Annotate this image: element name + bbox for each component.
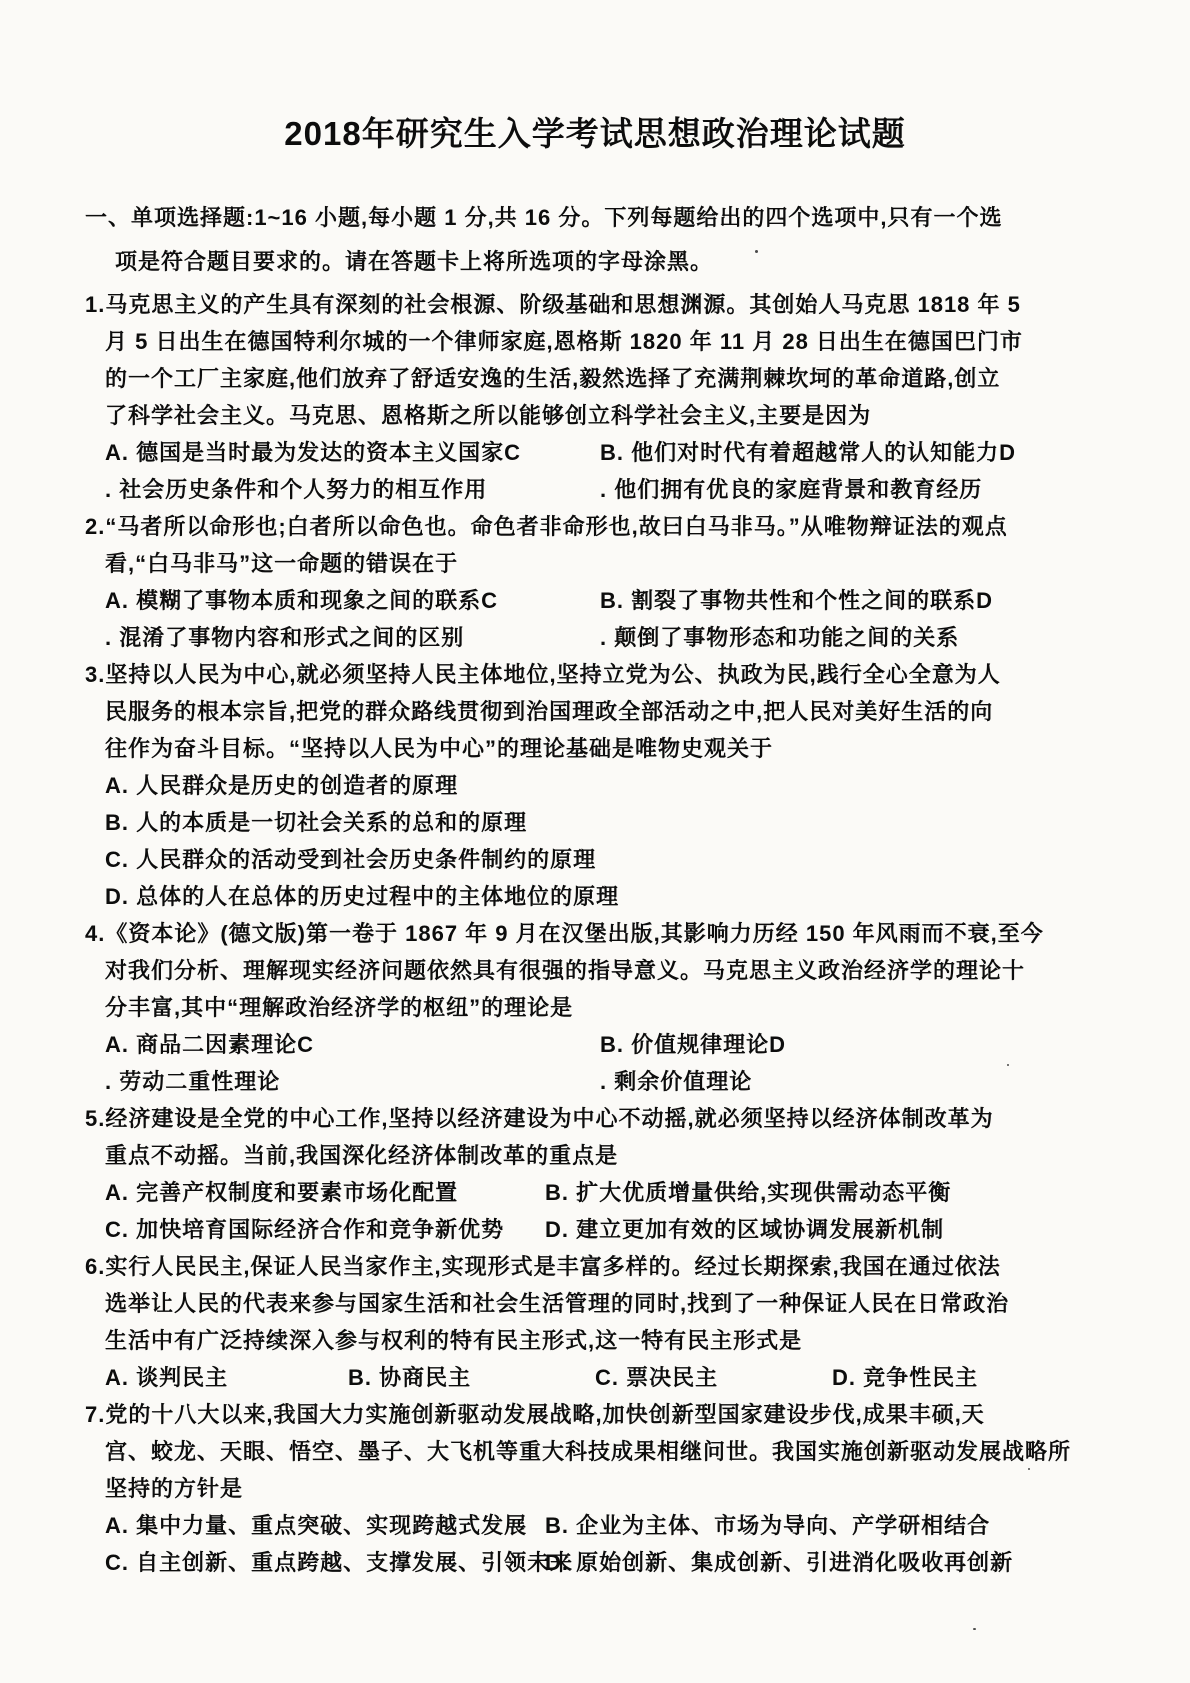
question-stem-line: 1.马克思主义的产生具有深刻的社会根源、阶级基础和思想渊源。其创始人马克思 18… [85,286,1120,323]
option: B. 扩大优质增量供给,实现供需动态平衡 [545,1174,1120,1211]
question-stem-line: 生活中有广泛持续深入参与权利的特有民主形式,这一特有民主形式是 [85,1322,1120,1359]
option-row: D. 总体的人在总体的历史过程中的主体地位的原理 [105,878,1120,915]
question-stem-text: 实行人民民主,保证人民当家作主,实现形式是丰富多样的。经过长期探索,我国在通过依… [105,1254,1000,1279]
option: A. 模糊了事物本质和现象之间的联系C [105,582,600,619]
question-stem-line: 往作为奋斗目标。“坚持以人民为中心”的理论基础是唯物史观关于 [85,730,1120,767]
option-row: B. 人的本质是一切社会关系的总和的原理 [105,804,1120,841]
question-stem-line: 民服务的根本宗旨,把党的群众路线贯彻到治国理政全部活动之中,把人民对美好生活的向 [85,693,1120,730]
question-number: 4. [85,915,105,952]
question-stem-line: 分丰富,其中“理解政治经济学的枢纽”的理论是 [85,989,1120,1026]
option-row: . 社会历史条件和个人努力的相互作用. 他们拥有优良的家庭背景和教育经历 [105,471,1120,508]
option-row: A. 商品二因素理论CB. 价值规律理论D [105,1026,1120,1063]
question-number: 5. [85,1100,105,1137]
options: A. 集中力量、重点突破、实现跨越式发展B. 企业为主体、市场为导向、产学研相结… [85,1507,1120,1581]
question-stem-line: 5.经济建设是全党的中心工作,坚持以经济建设为中心不动摇,就必须坚持以经济体制改… [85,1100,1120,1137]
option: D. 竞争性民主 [832,1359,1120,1396]
question-stem-line: 坚持的方针是 [85,1470,1120,1507]
option: . 劳动二重性理论 [105,1063,600,1100]
question-stem: 5.经济建设是全党的中心工作,坚持以经济建设为中心不动摇,就必须坚持以经济体制改… [85,1100,1120,1174]
question-stem: 7.党的十八大以来,我国大力实施创新驱动发展战略,加快创新型国家建设步伐,成果丰… [85,1396,1120,1507]
option: B. 价值规律理论D [600,1026,1120,1063]
question-stem-text: 党的十八大以来,我国大力实施创新驱动发展战略,加快创新型国家建设步伐,成果丰硕,… [105,1402,984,1427]
question-stem-text: 马克思主义的产生具有深刻的社会根源、阶级基础和思想渊源。其创始人马克思 1818… [105,292,1021,317]
options: A. 谈判民主B. 协商民主C. 票决民主D. 竞争性民主 [85,1359,1120,1396]
scan-artifact-dot [755,250,758,253]
question-block: 7.党的十八大以来,我国大力实施创新驱动发展战略,加快创新型国家建设步伐,成果丰… [85,1396,1120,1581]
question-stem-line: 7.党的十八大以来,我国大力实施创新驱动发展战略,加快创新型国家建设步伐,成果丰… [85,1396,1120,1433]
option: D. 总体的人在总体的历史过程中的主体地位的原理 [105,878,1120,915]
scan-artifact-dot [1028,1468,1030,1470]
option: B. 割裂了事物共性和个性之间的联系D [600,582,1120,619]
question-number: 6. [85,1248,105,1285]
option: B. 他们对时代有着超越常人的认知能力D [600,434,1120,471]
exam-content: 一、单项选择题:1~16 小题,每小题 1 分,共 16 分。下列每题给出的四个… [0,196,1190,1581]
question-stem-line: 对我们分析、理解现实经济问题依然具有很强的指导意义。马克思主义政治经济学的理论十 [85,952,1120,989]
exam-scan-page: 2018年研究生入学考试思想政治理论试题 一、单项选择题:1~16 小题,每小题… [0,0,1190,1683]
option-row: A. 人民群众是历史的创造者的原理 [105,767,1120,804]
question-block: 1.马克思主义的产生具有深刻的社会根源、阶级基础和思想渊源。其创始人马克思 18… [85,286,1120,508]
option: A. 商品二因素理论C [105,1026,600,1063]
option: . 剩余价值理论 [600,1063,1120,1100]
option: C. 自主创新、重点跨越、支撑发展、引领未来 [105,1544,545,1581]
question-stem-line: 2.“马者所以命形也;白者所以命色也。命色者非命形也,故曰白马非马。”从唯物辩证… [85,508,1120,545]
question-number: 1. [85,286,105,323]
question-block: 6.实行人民民主,保证人民当家作主,实现形式是丰富多样的。经过长期探索,我国在通… [85,1248,1120,1396]
option: B. 企业为主体、市场为导向、产学研相结合 [545,1507,1120,1544]
section-intro-line: 一、单项选择题:1~16 小题,每小题 1 分,共 16 分。下列每题给出的四个… [85,196,1120,240]
question-stem: 4.《资本论》(德文版)第一卷于 1867 年 9 月在汉堡出版,其影响力历经 … [85,915,1120,1026]
option: . 他们拥有优良的家庭背景和教育经历 [600,471,1120,508]
option: D. 建立更加有效的区域协调发展新机制 [545,1211,1120,1248]
question-stem-text: 经济建设是全党的中心工作,坚持以经济建设为中心不动摇,就必须坚持以经济体制改革为 [105,1106,993,1131]
option: A. 德国是当时最为发达的资本主义国家C [105,434,600,471]
option: A. 人民群众是历史的创造者的原理 [105,767,1120,804]
options: A. 完善产权制度和要素市场化配置B. 扩大优质增量供给,实现供需动态平衡C. … [85,1174,1120,1248]
question-number: 7. [85,1396,105,1433]
option-row: A. 谈判民主B. 协商民主C. 票决民主D. 竞争性民主 [105,1359,1120,1396]
question-stem-line: 选举让人民的代表来参与国家生活和社会生活管理的同时,找到了一种保证人民在日常政治 [85,1285,1120,1322]
option-row: C. 自主创新、重点跨越、支撑发展、引领未来D. 原始创新、集成创新、引进消化吸… [105,1544,1120,1581]
option-row: A. 德国是当时最为发达的资本主义国家CB. 他们对时代有着超越常人的认知能力D [105,434,1120,471]
scan-artifact-dot [973,1628,976,1630]
options: A. 德国是当时最为发达的资本主义国家CB. 他们对时代有着超越常人的认知能力D… [85,434,1120,508]
option: . 颠倒了事物形态和功能之间的关系 [600,619,1120,656]
question-stem-text: 坚持以人民为中心,就必须坚持人民主体地位,坚持立党为公、执政为民,践行全心全意为… [105,662,1000,687]
question-stem: 3.坚持以人民为中心,就必须坚持人民主体地位,坚持立党为公、执政为民,践行全心全… [85,656,1120,767]
question-stem-line: 月 5 日出生在德国特利尔城的一个律师家庭,恩格斯 1820 年 11 月 28… [85,323,1120,360]
question-number: 2. [85,508,105,545]
question-block: 2.“马者所以命形也;白者所以命色也。命色者非命形也,故曰白马非马。”从唯物辩证… [85,508,1120,656]
exam-title: 2018年研究生入学考试思想政治理论试题 [0,0,1190,156]
option-row: A. 完善产权制度和要素市场化配置B. 扩大优质增量供给,实现供需动态平衡 [105,1174,1120,1211]
question-block: 5.经济建设是全党的中心工作,坚持以经济建设为中心不动摇,就必须坚持以经济体制改… [85,1100,1120,1248]
question-stem-line: 3.坚持以人民为中心,就必须坚持人民主体地位,坚持立党为公、执政为民,践行全心全… [85,656,1120,693]
option: C. 加快培育国际经济合作和竞争新优势 [105,1211,545,1248]
question-number: 3. [85,656,105,693]
option: D. 原始创新、集成创新、引进消化吸收再创新 [545,1544,1120,1581]
section-intro: 一、单项选择题:1~16 小题,每小题 1 分,共 16 分。下列每题给出的四个… [85,196,1120,284]
option: A. 谈判民主 [105,1359,348,1396]
questions: 1.马克思主义的产生具有深刻的社会根源、阶级基础和思想渊源。其创始人马克思 18… [85,286,1120,1581]
question-block: 4.《资本论》(德文版)第一卷于 1867 年 9 月在汉堡出版,其影响力历经 … [85,915,1120,1100]
option-row: C. 加快培育国际经济合作和竞争新优势D. 建立更加有效的区域协调发展新机制 [105,1211,1120,1248]
option: B. 人的本质是一切社会关系的总和的原理 [105,804,1120,841]
question-stem-line: 看,“白马非马”这一命题的错误在于 [85,545,1120,582]
question-stem-text: “马者所以命形也;白者所以命色也。命色者非命形也,故曰白马非马。”从唯物辩证法的… [105,514,1007,539]
question-stem-line: 了科学社会主义。马克思、恩格斯之所以能够创立科学社会主义,主要是因为 [85,397,1120,434]
scan-artifact-dot [482,1161,484,1163]
question-stem-line: 宫、蛟龙、天眼、悟空、墨子、大飞机等重大科技成果相继问世。我国实施创新驱动发展战… [85,1433,1120,1470]
scan-artifact-dot [1007,1064,1009,1066]
option-row: A. 模糊了事物本质和现象之间的联系CB. 割裂了事物共性和个性之间的联系D [105,582,1120,619]
option: A. 集中力量、重点突破、实现跨越式发展 [105,1507,545,1544]
question-stem-line: 重点不动摇。当前,我国深化经济体制改革的重点是 [85,1137,1120,1174]
option-row: A. 集中力量、重点突破、实现跨越式发展B. 企业为主体、市场为导向、产学研相结… [105,1507,1120,1544]
option: C. 人民群众的活动受到社会历史条件制约的原理 [105,841,1120,878]
option-row: . 劳动二重性理论. 剩余价值理论 [105,1063,1120,1100]
question-stem: 6.实行人民民主,保证人民当家作主,实现形式是丰富多样的。经过长期探索,我国在通… [85,1248,1120,1359]
options: A. 商品二因素理论CB. 价值规律理论D. 劳动二重性理论. 剩余价值理论 [85,1026,1120,1100]
question-stem-line: 的一个工厂主家庭,他们放弃了舒适安逸的生活,毅然选择了充满荆棘坎坷的革命道路,创… [85,360,1120,397]
question-stem-text: 《资本论》(德文版)第一卷于 1867 年 9 月在汉堡出版,其影响力历经 15… [105,921,1043,946]
question-stem-line: 4.《资本论》(德文版)第一卷于 1867 年 9 月在汉堡出版,其影响力历经 … [85,915,1120,952]
question-stem-line: 6.实行人民民主,保证人民当家作主,实现形式是丰富多样的。经过长期探索,我国在通… [85,1248,1120,1285]
option: A. 完善产权制度和要素市场化配置 [105,1174,545,1211]
options: A. 人民群众是历史的创造者的原理B. 人的本质是一切社会关系的总和的原理C. … [85,767,1120,915]
question-stem: 2.“马者所以命形也;白者所以命色也。命色者非命形也,故曰白马非马。”从唯物辩证… [85,508,1120,582]
option: . 混淆了事物内容和形式之间的区别 [105,619,600,656]
option: B. 协商民主 [348,1359,595,1396]
option-row: C. 人民群众的活动受到社会历史条件制约的原理 [105,841,1120,878]
option: C. 票决民主 [595,1359,832,1396]
question-stem: 1.马克思主义的产生具有深刻的社会根源、阶级基础和思想渊源。其创始人马克思 18… [85,286,1120,434]
section-intro-line: 项是符合题目要求的。请在答题卡上将所选项的字母涂黑。 [85,240,1120,284]
option-row: . 混淆了事物内容和形式之间的区别. 颠倒了事物形态和功能之间的关系 [105,619,1120,656]
options: A. 模糊了事物本质和现象之间的联系CB. 割裂了事物共性和个性之间的联系D. … [85,582,1120,656]
question-block: 3.坚持以人民为中心,就必须坚持人民主体地位,坚持立党为公、执政为民,践行全心全… [85,656,1120,915]
option: . 社会历史条件和个人努力的相互作用 [105,471,600,508]
